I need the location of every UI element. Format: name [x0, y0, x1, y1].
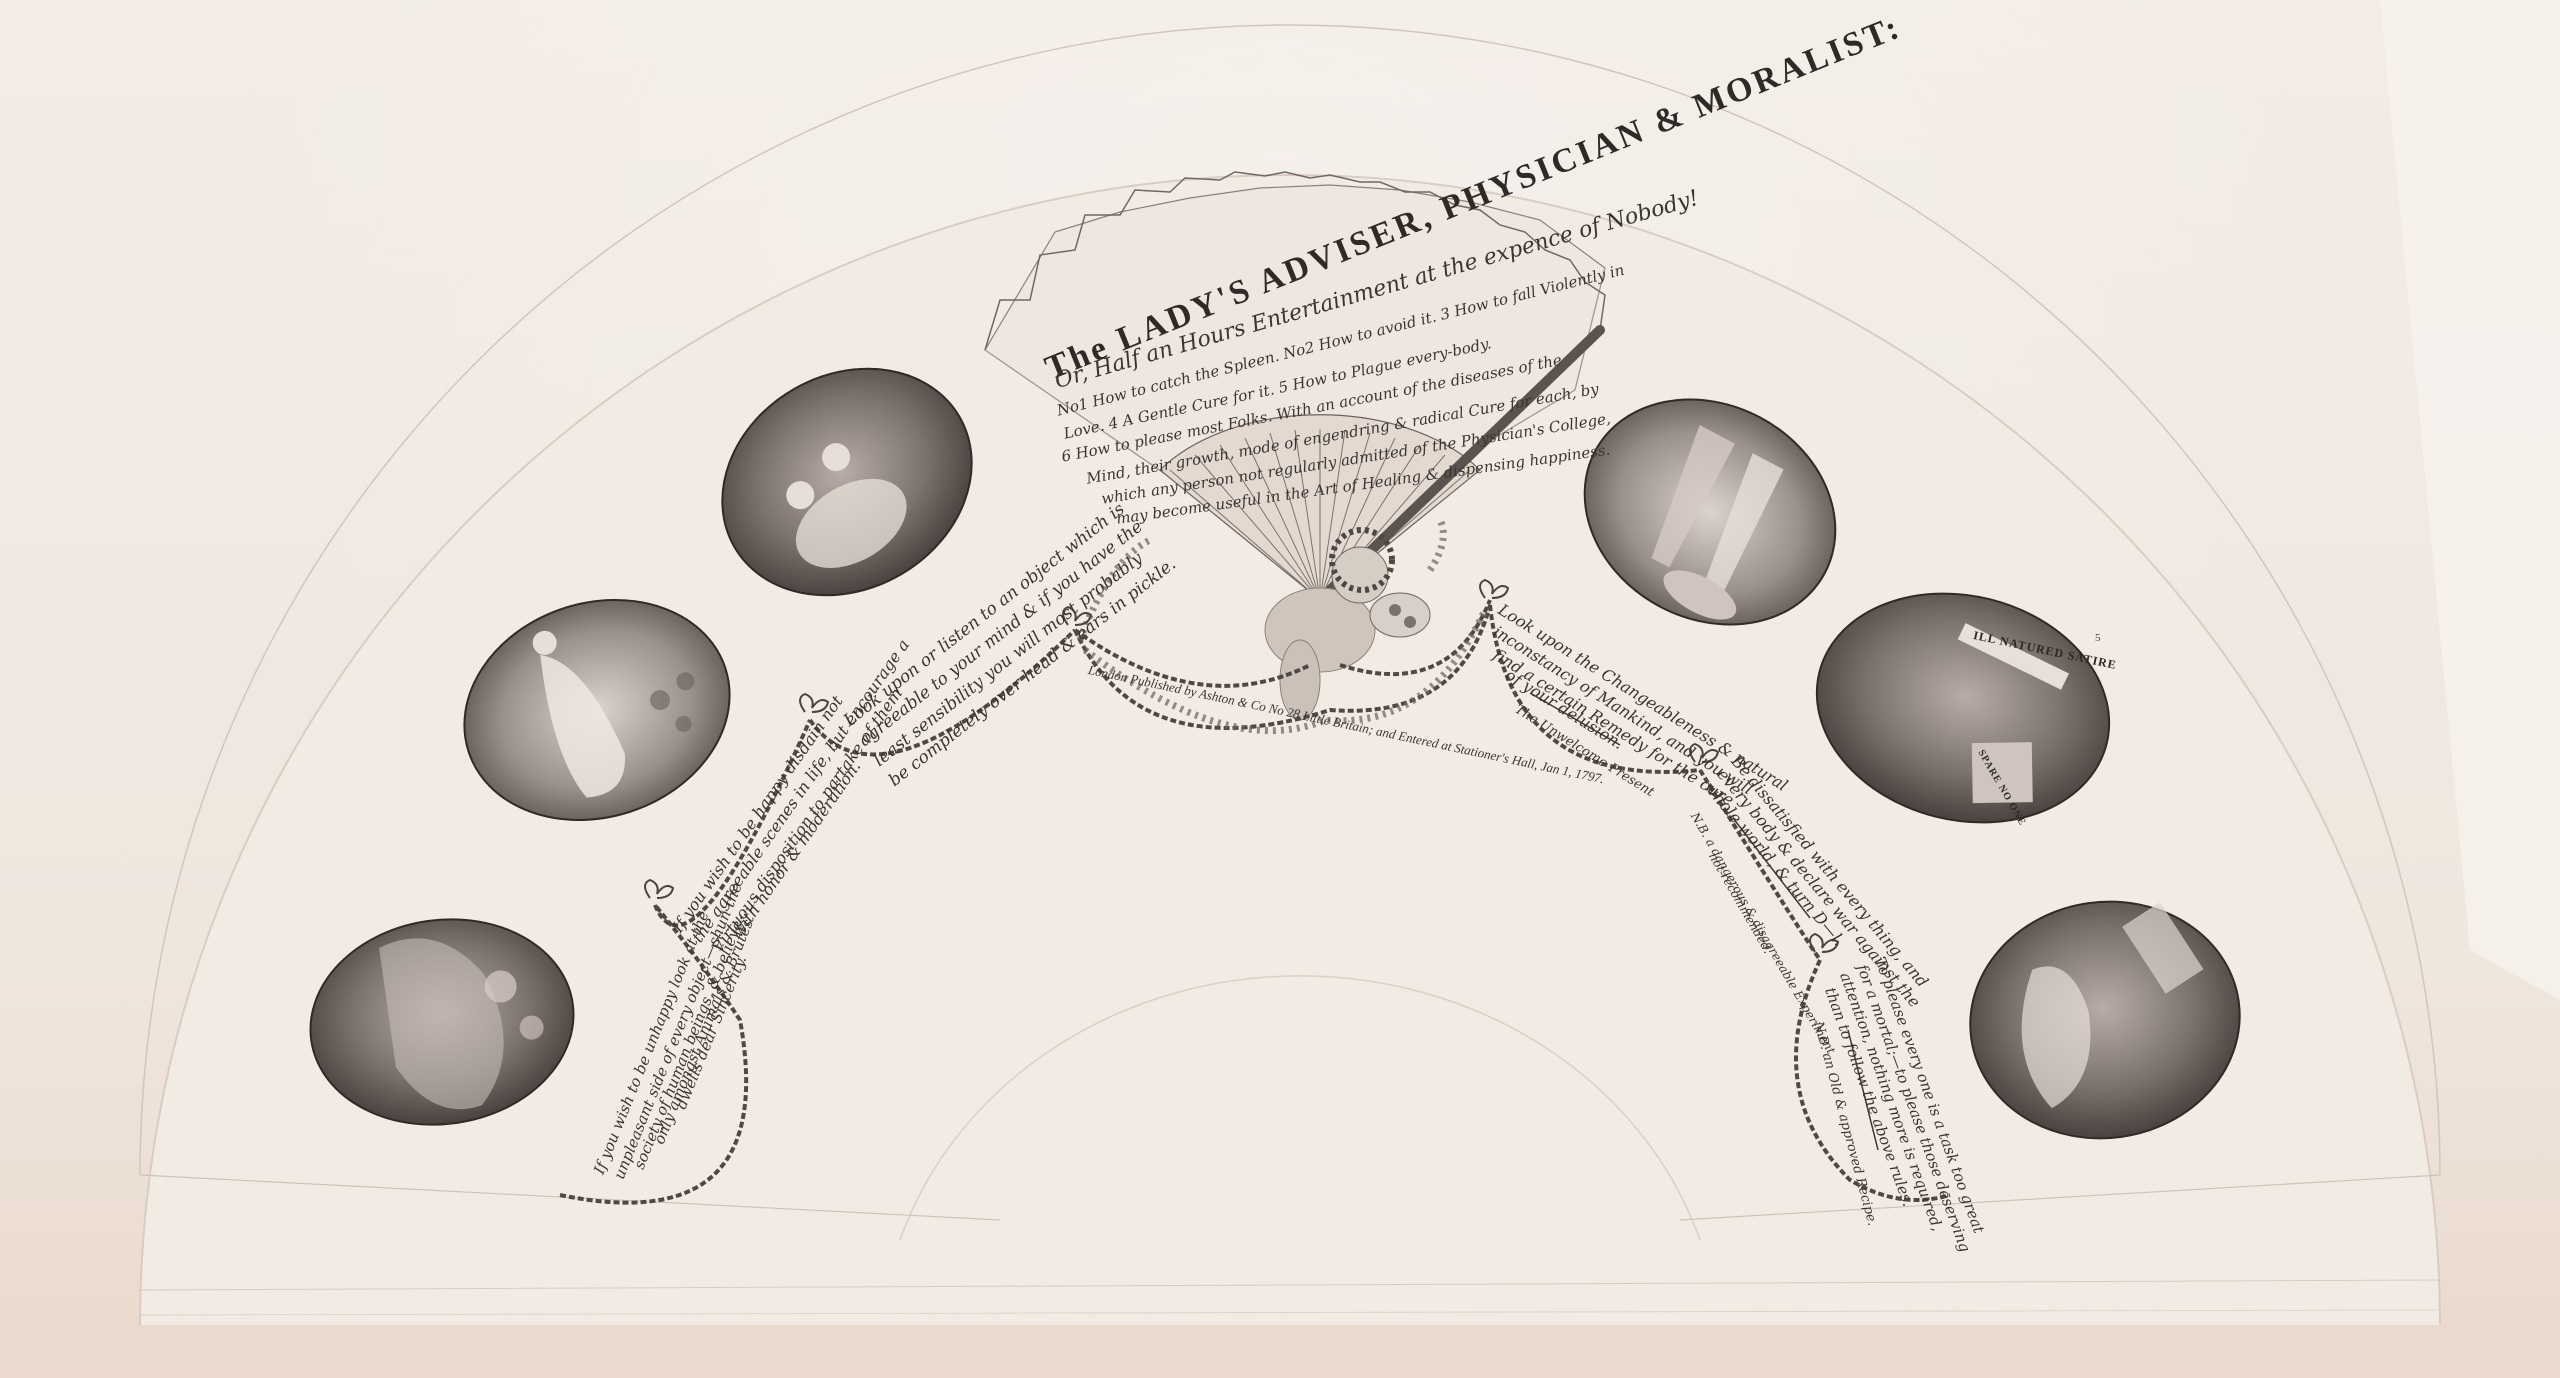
vignette-5-plate-number: 5: [2095, 632, 2101, 644]
fan-leaf-artwork: [0, 0, 2560, 1378]
